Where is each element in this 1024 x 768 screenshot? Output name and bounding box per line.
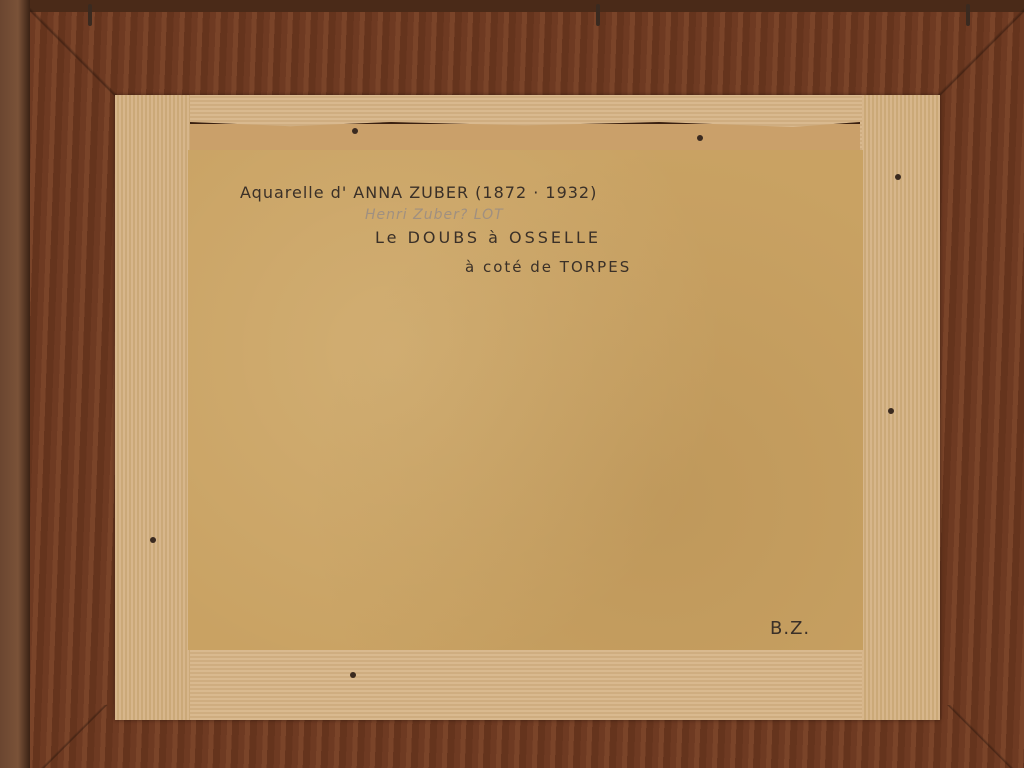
backing-board	[188, 150, 863, 650]
kraft-tape-right	[862, 95, 940, 720]
hanging-hook-icon	[966, 4, 970, 26]
frame-top-edge	[30, 0, 1024, 12]
frame-miter-joint	[30, 705, 120, 768]
inscription-faint: Henri Zuber? LOT	[365, 207, 504, 223]
hanging-hook-icon	[596, 4, 600, 26]
nail-icon	[150, 537, 156, 543]
inscription-initials: B.Z.	[770, 618, 810, 639]
inscription-title: Le DOUBS à OSSELLE	[375, 228, 601, 247]
inscription-location: à coté de TORPES	[465, 258, 631, 276]
kraft-tape-left	[115, 95, 190, 720]
nail-icon	[888, 408, 894, 414]
nail-icon	[697, 135, 703, 141]
nail-icon	[352, 128, 358, 134]
frame-miter-joint	[935, 705, 1024, 768]
hanging-hook-icon	[88, 4, 92, 26]
nail-icon	[350, 672, 356, 678]
frame-miter-joint	[935, 8, 1024, 103]
nail-icon	[895, 174, 901, 180]
frame-miter-joint	[30, 8, 120, 103]
wall-left-edge	[0, 0, 30, 768]
inscription-artist: Aquarelle d' ANNA ZUBER (1872 · 1932)	[240, 183, 597, 202]
